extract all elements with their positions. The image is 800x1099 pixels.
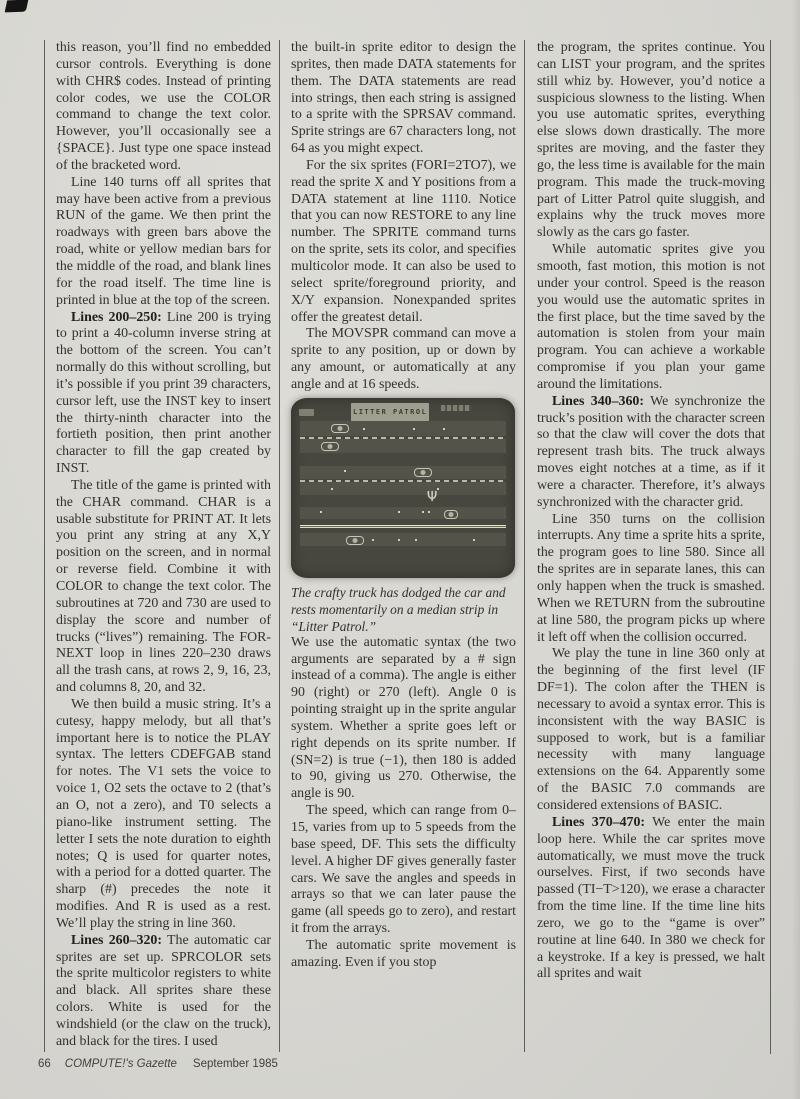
paragraph: For the six sprites (FORI=2TO7), we read… — [291, 158, 516, 326]
paragraph-text: this reason, you’ll find no embedded cur… — [56, 40, 271, 173]
trash-dot — [372, 539, 374, 541]
paragraph-text: The MOVSPR command can move a sprite to … — [291, 326, 516, 392]
paragraph: the program, the sprites continue. You c… — [537, 40, 765, 242]
trash-dot — [422, 511, 424, 513]
paragraph: Lines 200–250: Line 200 is trying to pri… — [56, 310, 271, 478]
trash-dot — [443, 428, 445, 430]
paragraph-text: We then build a music string. It’s a cut… — [56, 697, 271, 931]
trash-dot — [344, 470, 346, 472]
paragraph-text: While automatic sprites give you smooth,… — [537, 242, 765, 392]
paragraph-text: Line 350 turns on the collision interrup… — [537, 512, 765, 645]
article-column-1: this reason, you’ll find no embedded cur… — [56, 40, 271, 1051]
paragraph: The title of the game is printed with th… — [56, 478, 271, 697]
paragraph-lead: Lines 260–320: — [71, 933, 162, 948]
road-band — [300, 466, 506, 479]
road-band — [300, 533, 506, 546]
paragraph: We then build a music string. It’s a cut… — [56, 697, 271, 933]
magazine-name: COMPUTE!'s Gazette — [65, 1058, 177, 1070]
car-sprite — [414, 468, 432, 477]
car-sprite — [444, 510, 458, 519]
car-sprite — [321, 442, 339, 451]
column-rule-mid-2 — [524, 40, 525, 1052]
paragraph-text: The speed, which can range from 0–15, va… — [291, 803, 516, 936]
issue-date: September 1985 — [193, 1058, 278, 1070]
magazine-page: { "columns": [ { "paragraphs": [ { "text… — [0, 0, 800, 1099]
paragraph: Lines 370–470: We enter the main loop he… — [537, 815, 765, 983]
paragraph: We use the automatic syntax (the two arg… — [291, 635, 516, 803]
paragraph-text: the built-in sprite editor to design the… — [291, 40, 516, 156]
page-footer: 66 COMPUTE!'s Gazette September 1985 — [38, 1058, 278, 1070]
paragraph-text: The title of the game is printed with th… — [56, 478, 271, 695]
paragraph: The automatic sprite movement is amazing… — [291, 938, 516, 972]
paragraph: Lines 340–360: We synchronize the truck’… — [537, 394, 765, 512]
paragraph: The speed, which can range from 0–15, va… — [291, 803, 516, 938]
paragraph: Line 140 turns off all sprites that may … — [56, 175, 271, 310]
trash-dot — [398, 511, 400, 513]
paragraph-text: The automatic car sprites are set up. SP… — [56, 933, 271, 1049]
trash-dot — [437, 488, 439, 490]
paragraph-lead: Lines 370–470: — [552, 815, 645, 830]
screen-status-blob — [299, 409, 314, 416]
paragraph-text: We synchronize the truck’s position with… — [537, 394, 765, 510]
screen-score-blocks — [441, 405, 471, 411]
paragraph-lead: Lines 340–360: — [552, 394, 644, 409]
paragraph-text: Line 140 turns off all sprites that may … — [56, 175, 271, 308]
trash-dot — [413, 428, 415, 430]
tv-screen: LITTER PATROL Ψ — [291, 398, 515, 578]
paragraph-text: Line 200 is trying to print a 40-column … — [56, 310, 271, 477]
paragraph-lead: Lines 200–250: — [71, 310, 162, 325]
trash-dot — [320, 511, 322, 513]
column-rule-right — [770, 40, 771, 1054]
page-number: 66 — [38, 1058, 51, 1070]
game-screenshot-figure: LITTER PATROL Ψ — [291, 398, 515, 578]
scan-corner-mark — [5, 0, 29, 12]
car-sprite — [331, 424, 349, 433]
column-rule-left — [44, 40, 45, 1052]
paragraph: Line 350 turns on the collision interrup… — [537, 512, 765, 647]
column-rule-mid-1 — [279, 40, 280, 1052]
trash-dot — [331, 488, 333, 490]
road-band — [300, 507, 506, 519]
truck-sprite: Ψ — [427, 492, 437, 504]
paragraph-text: We play the tune in line 360 only at the… — [537, 646, 765, 813]
paragraph: We play the tune in line 360 only at the… — [537, 646, 765, 814]
paragraph-text: the program, the sprites continue. You c… — [537, 40, 765, 240]
paragraph-text: For the six sprites (FORI=2TO7), we read… — [291, 158, 516, 325]
paragraph-text: We enter the main loop here. While the c… — [537, 815, 765, 982]
paragraph: the built-in sprite editor to design the… — [291, 40, 516, 158]
paragraph: this reason, you’ll find no embedded cur… — [56, 40, 271, 175]
paragraph-text: We use the automatic syntax (the two arg… — [291, 635, 516, 802]
figure-caption: The crafty truck has dodged the car and … — [291, 584, 516, 635]
trash-dot — [398, 539, 400, 541]
paragraph: Lines 260–320: The automatic car sprites… — [56, 933, 271, 1051]
game-screen-title: LITTER PATROL — [351, 403, 429, 422]
paragraph: While automatic sprites give you smooth,… — [537, 242, 765, 394]
road-median-solid — [300, 525, 506, 528]
trash-dot — [473, 539, 475, 541]
trash-dot — [415, 539, 417, 541]
article-column-3: the program, the sprites continue. You c… — [537, 40, 765, 983]
article-column-2: the built-in sprite editor to design the… — [291, 40, 516, 972]
paragraph-text: The automatic sprite movement is amazing… — [291, 938, 516, 970]
paragraph: The MOVSPR command can move a sprite to … — [291, 326, 516, 393]
car-sprite — [346, 536, 364, 545]
trash-dot — [428, 511, 430, 513]
trash-dot — [363, 428, 365, 430]
page-edge-shade — [792, 0, 800, 1099]
